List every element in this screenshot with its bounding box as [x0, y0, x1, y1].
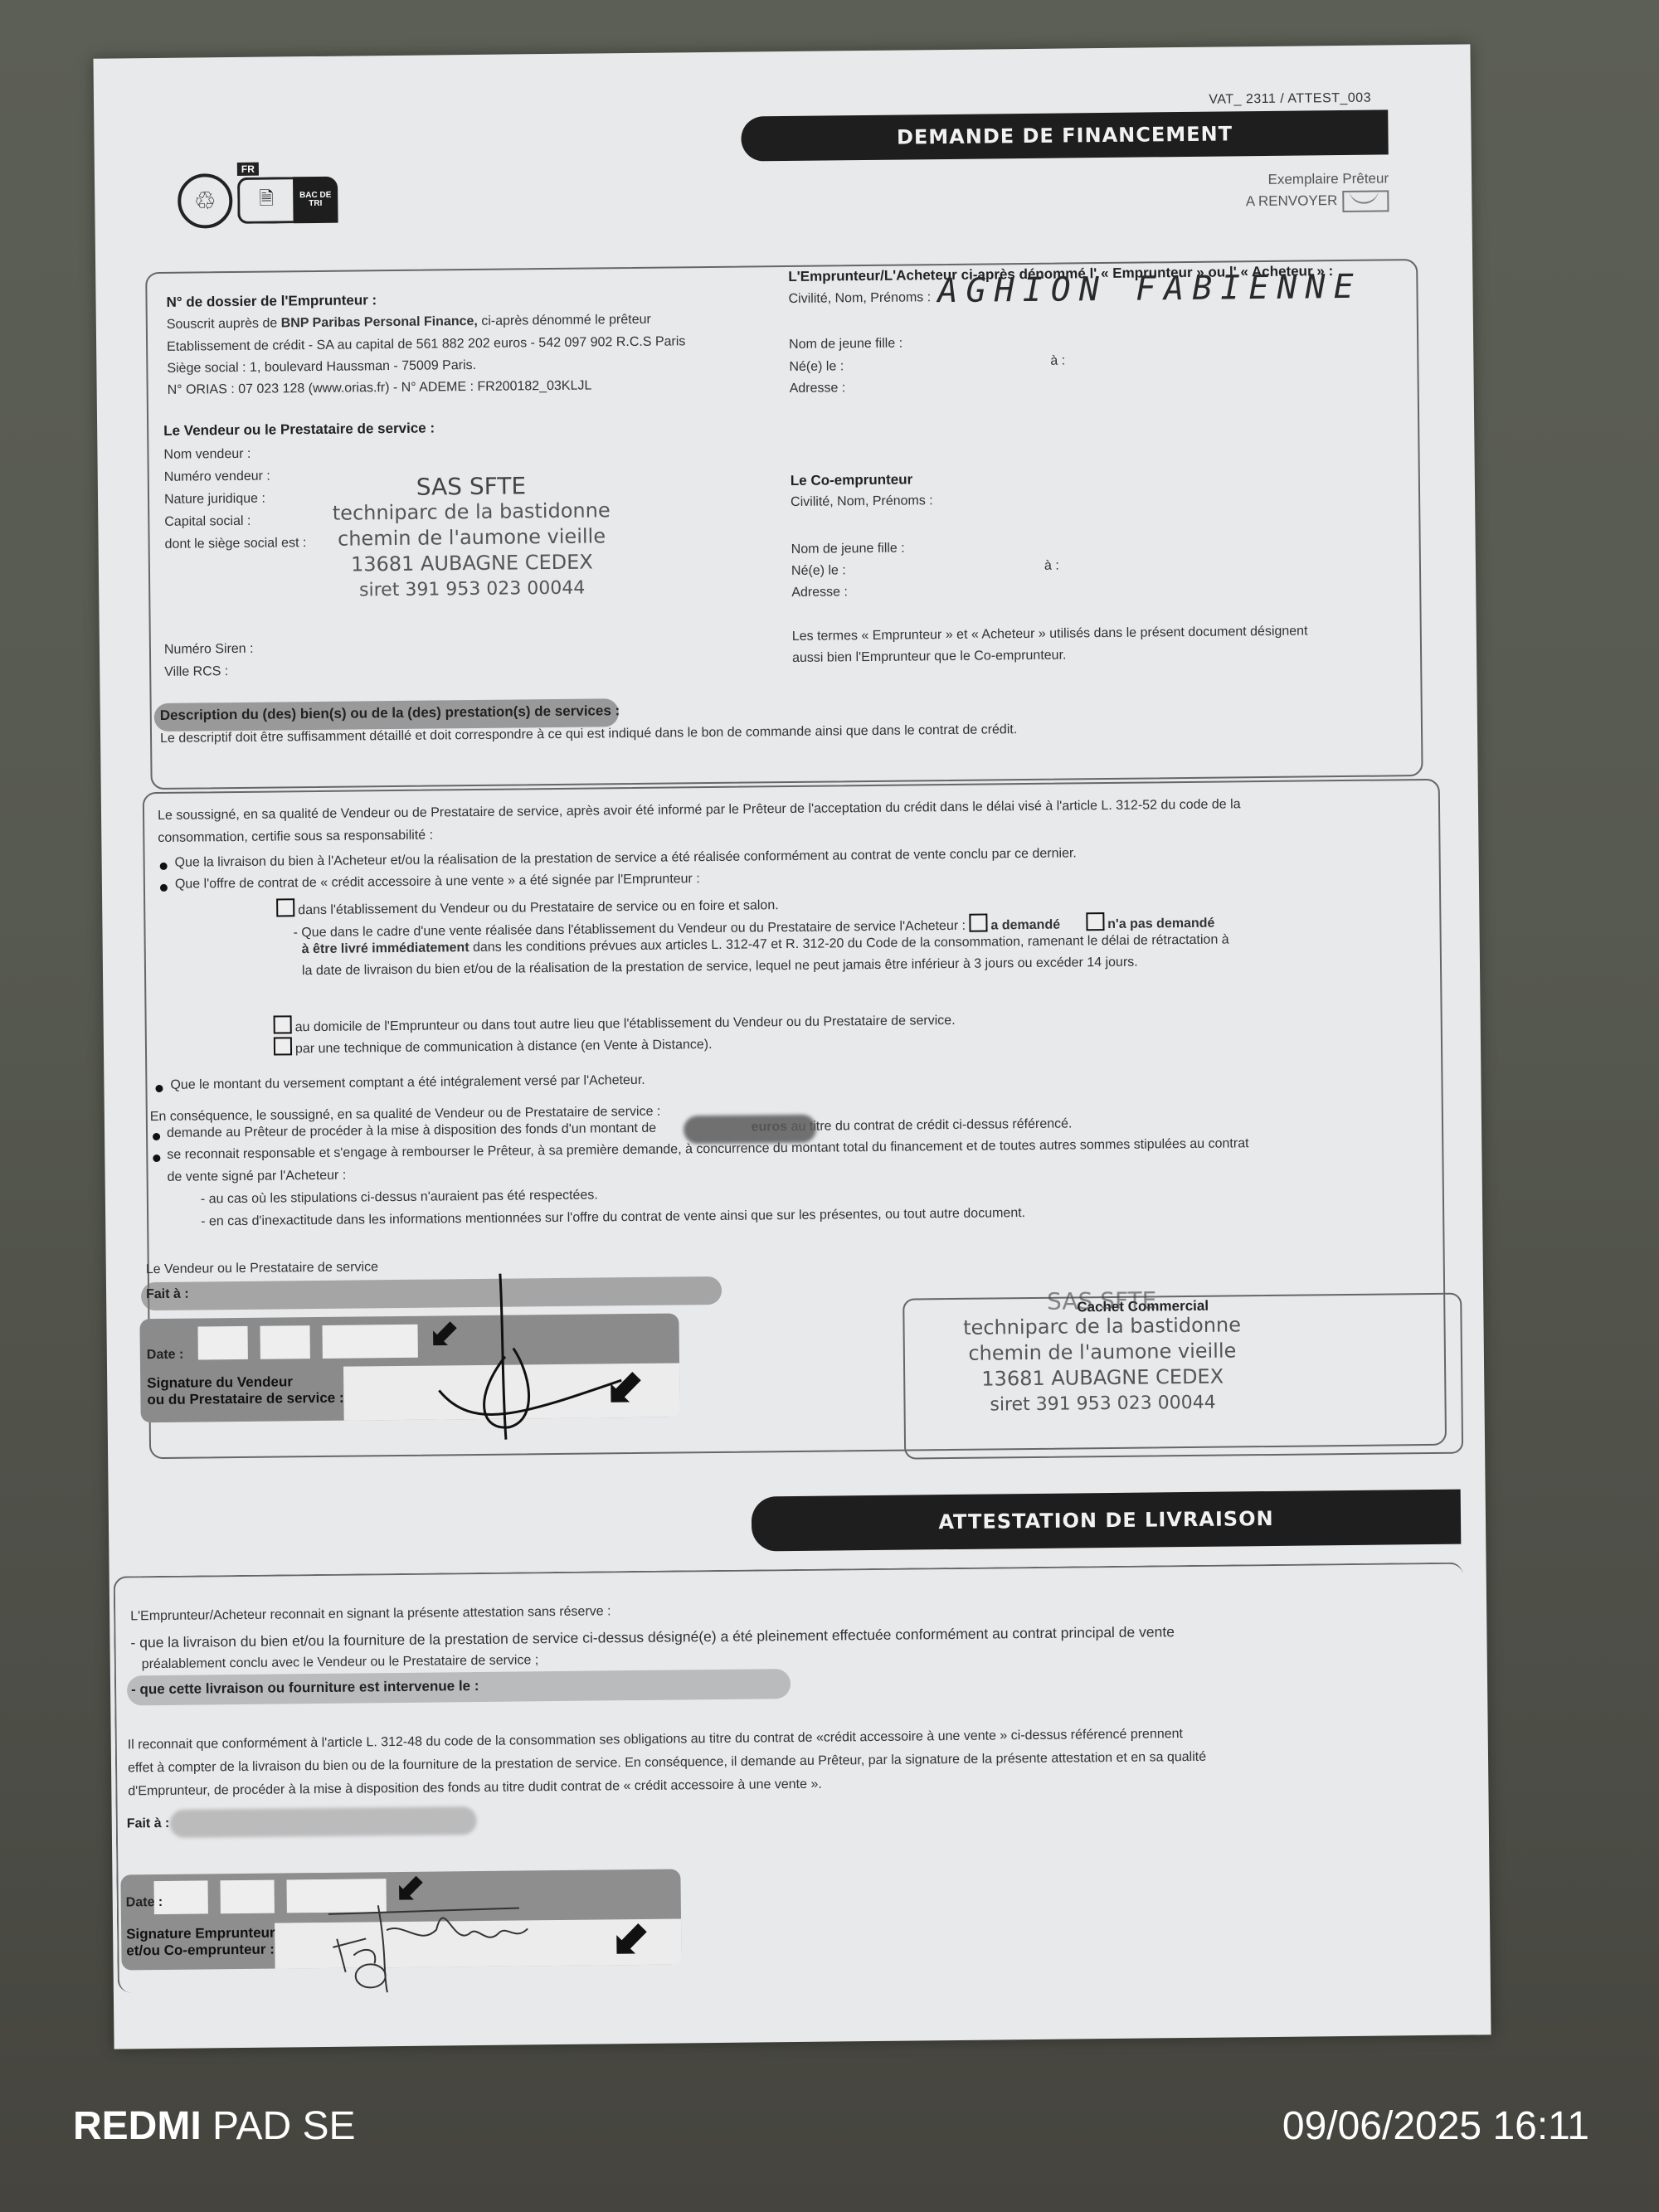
checkbox-na-pas-demande[interactable] — [1086, 912, 1104, 931]
vendor-field-seat: dont le siège social est : — [165, 536, 307, 552]
redacted-amount — [684, 1115, 816, 1145]
bullet — [155, 1085, 163, 1092]
certification-intro-2: consommation, certifie sous sa responsab… — [158, 829, 433, 846]
vendor-field-number: Numéro vendeur : — [164, 469, 270, 485]
vendor-siren-label: Numéro Siren : — [164, 642, 254, 658]
borrower-handwritten-signature — [328, 1887, 578, 1997]
vendor-signature-label: Signature du Vendeurou du Prestataire de… — [147, 1373, 344, 1408]
borrower-ne-le-label: Né(e) le : — [789, 359, 844, 375]
cachet-stamp: SAS SFTE techniparc de la bastidonne che… — [936, 1286, 1269, 1418]
borrower-name-handwritten[interactable]: AGHION FABIENNE — [937, 268, 1362, 310]
coborrower-civilite-label: Civilité, Nom, Prénoms : — [791, 493, 933, 510]
borrower-civilite-label: Civilité, Nom, Prénoms : — [788, 290, 931, 307]
vendor-date-label: Date : — [147, 1348, 184, 1363]
info-tri-icon: FR 🗎 BAC DE TRI — [237, 177, 338, 224]
bullet — [160, 884, 168, 892]
attestation-date-month[interactable] — [220, 1880, 274, 1914]
vendor-rcs-label: Ville RCS : — [164, 664, 228, 680]
envelope-icon — [1342, 190, 1389, 212]
bullet — [153, 1133, 160, 1140]
arrow-down-left-icon: ⬋ — [611, 1915, 650, 1962]
vendor-fait-a-label: Fait à : — [146, 1287, 189, 1303]
fr-label: FR — [237, 163, 259, 176]
vendor-handwritten-signature — [421, 1255, 738, 1449]
vendor-stamp: SAS SFTE techniparc de la bastidonne che… — [330, 472, 614, 604]
copy-type: Exemplaire Prêteur A RENVOYER — [1245, 168, 1389, 212]
coborrower-jeune-fille-label: Nom de jeune fille : — [791, 542, 905, 557]
checkbox-domicile[interactable] — [274, 1015, 292, 1033]
financing-request-document: VAT_ 2311 / ATTEST_003 DEMANDE DE FINANC… — [93, 44, 1491, 2049]
document-reference: VAT_ 2311 / ATTEST_003 — [1209, 91, 1371, 108]
attestation-title-banner: ATTESTATION DE LIVRAISON — [752, 1490, 1462, 1552]
vendor-signature-heading: Le Vendeur ou le Prestataire de service — [146, 1260, 378, 1277]
checkbox-a-demande[interactable] — [969, 914, 987, 932]
triman-recycling-icon: ♲ — [178, 173, 233, 229]
vendor-field-legal-form: Nature juridique : — [164, 492, 265, 508]
borrower-lieu-label: à : — [1050, 354, 1065, 369]
coborrower-heading: Le Co-emprunteur — [791, 471, 913, 489]
vendor-heading: Le Vendeur ou le Prestataire de service … — [163, 420, 435, 439]
vendor-field-name: Nom vendeur : — [163, 447, 251, 463]
attestation-fait-a-label: Fait à : — [127, 1816, 170, 1832]
photo-timestamp: 09/06/2025 16:11 — [1282, 2103, 1589, 2149]
coborrower-lieu-label: à : — [1044, 559, 1059, 574]
document-title-banner: DEMANDE DE FINANCEMENT — [741, 109, 1389, 161]
responsibility-line-2: de vente signé par l'Acheteur : — [168, 1169, 347, 1185]
checkbox-distance[interactable] — [274, 1037, 292, 1055]
bullet — [153, 1155, 160, 1162]
vendor-date-month[interactable] — [260, 1325, 309, 1359]
paper-icon: 🗎 — [237, 177, 294, 224]
coborrower-note-line-2: aussi bien l'Emprunteur que le Co-emprun… — [792, 649, 1067, 666]
vendor-field-capital: Capital social : — [164, 514, 251, 530]
coborrower-adresse-label: Adresse : — [791, 585, 848, 600]
borrower-adresse-label: Adresse : — [790, 381, 846, 396]
attestation-date-label: Date : — [126, 1895, 163, 1910]
vendor-date-year[interactable] — [322, 1325, 417, 1359]
recycling-logos: ♲ FR 🗎 BAC DE TRI — [178, 173, 338, 229]
device-watermark: REDMI PAD SE — [73, 2103, 356, 2149]
redacted-place — [170, 1806, 477, 1838]
bullet — [160, 863, 168, 870]
checkbox-etablissement[interactable] — [276, 898, 294, 916]
borrower-signature-label: Signature Emprunteuret/ou Co-emprunteur … — [126, 1925, 275, 1960]
recycle-bin-icon: BAC DE TRI — [293, 177, 338, 224]
borrower-jeune-fille-label: Nom de jeune fille : — [789, 337, 902, 352]
return-label: A RENVOYER — [1246, 189, 1389, 212]
dossier-label: N° de dossier de l'Emprunteur : — [166, 292, 377, 311]
vendor-date-day[interactable] — [197, 1326, 247, 1360]
coborrower-ne-le-label: Né(e) le : — [791, 563, 846, 579]
